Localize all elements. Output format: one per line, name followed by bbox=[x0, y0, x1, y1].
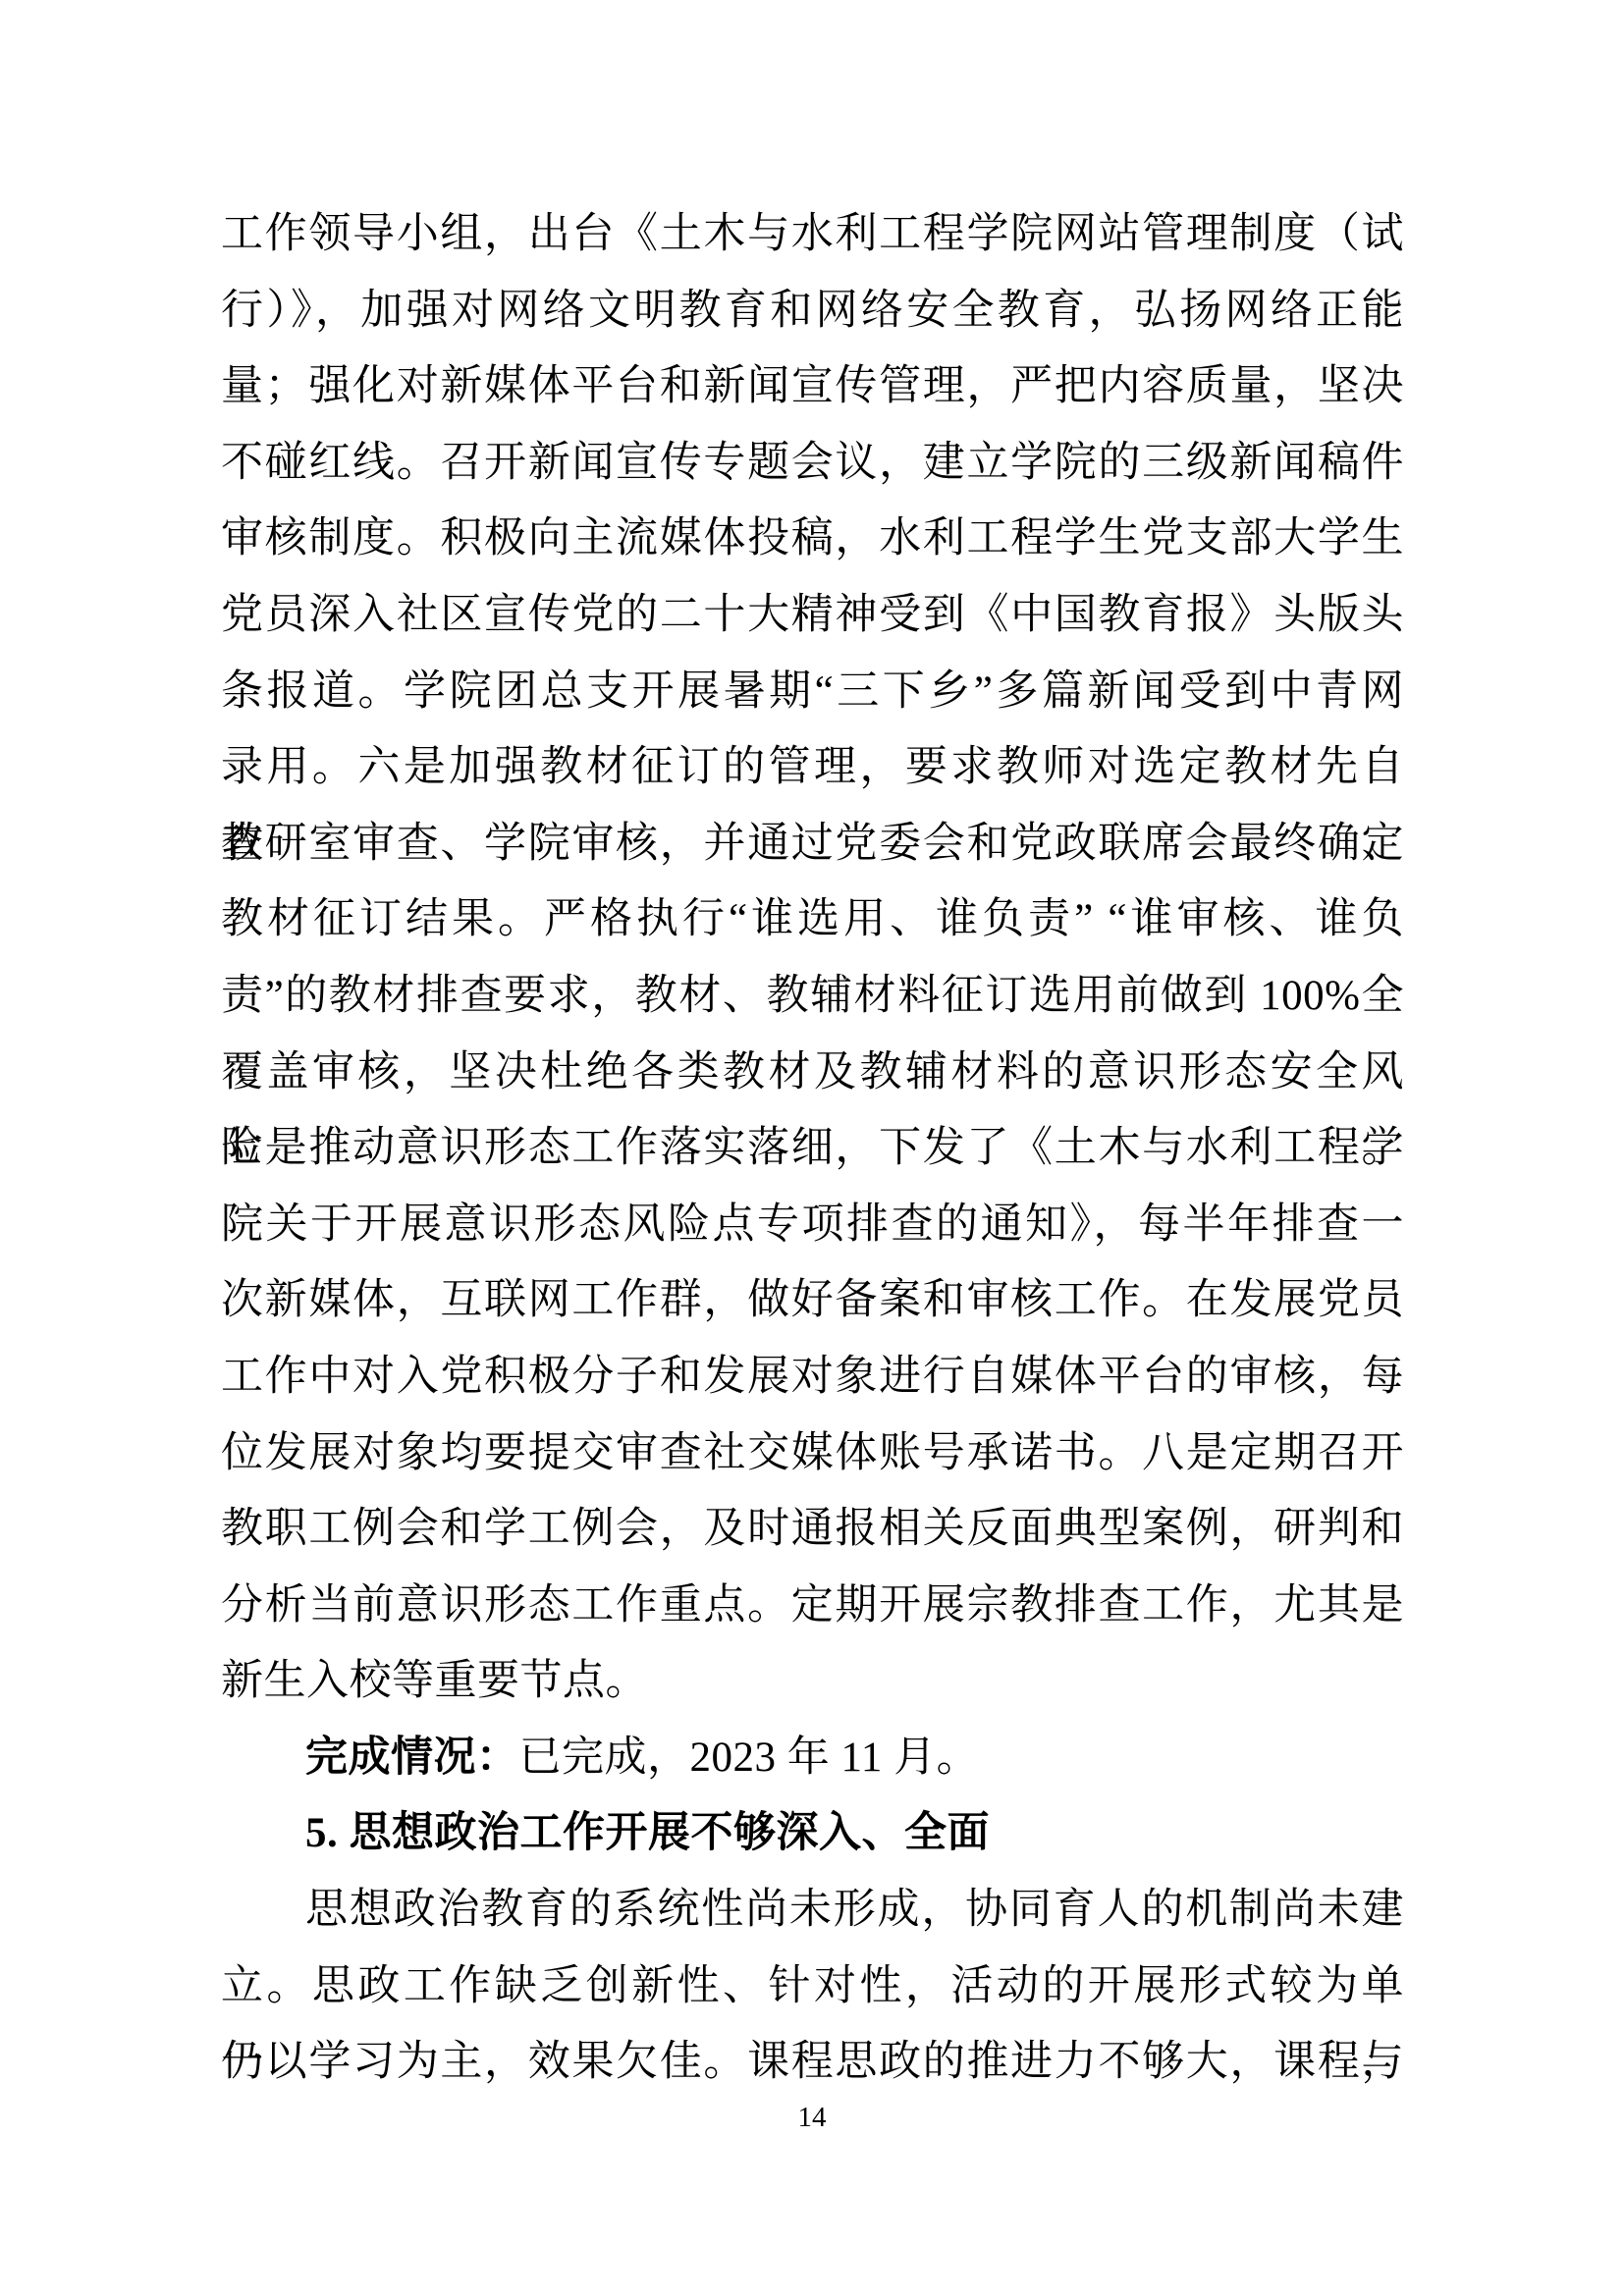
body-line: 次新媒体，互联网工作群，做好备案和审核工作。在发展党员 bbox=[221, 1262, 1404, 1339]
body-line: 录用。六是加强教材征订的管理，要求教师对选定教材先自查、 bbox=[221, 729, 1404, 806]
body-line: 行）》，加强对网络文明教育和网络安全教育，弘扬网络正能 bbox=[221, 273, 1404, 349]
body-line: 教研室审查、学院审核，并通过党委会和党政联席会最终确定 bbox=[221, 806, 1404, 882]
body-line: 七是推动意识形态工作落实落细，下发了《土木与水利工程学 bbox=[221, 1110, 1404, 1187]
body-line: 工作中对入党积极分子和发展对象进行自媒体平台的审核，每 bbox=[221, 1339, 1404, 1415]
body-line: 教职工例会和学工例会，及时通报相关反面典型案例，研判和 bbox=[221, 1491, 1404, 1568]
body-line: 仍以学习为主，效果欠佳。课程思政的推进力不够大，课程与 bbox=[221, 2024, 1404, 2101]
body-line: 分析当前意识形态工作重点。定期开展宗教排查工作，尤其是 bbox=[221, 1568, 1404, 1644]
body-line: 量；强化对新媒体平台和新闻宣传管理，严把内容质量，坚决 bbox=[221, 348, 1404, 425]
body-line: 思想政治教育的系统性尚未形成，协同育人的机制尚未建 bbox=[221, 1872, 1404, 1949]
body-line: 覆盖审核，坚决杜绝各类教材及教辅材料的意识形态安全风险。 bbox=[221, 1035, 1404, 1111]
body-line: 审核制度。积极向主流媒体投稿，水利工程学生党支部大学生 bbox=[221, 501, 1404, 577]
document-page: 工作领导小组，出台《土木与水利工程学院网站管理制度（试 行）》，加强对网络文明教… bbox=[0, 0, 1624, 2296]
body-line: 责”的教材排查要求，教材、教辅材料征订选用前做到 100%全 bbox=[221, 958, 1404, 1035]
body-line: 条报道。学院团总支开展暑期“三下乡”多篇新闻受到中青网 bbox=[221, 654, 1404, 730]
document-body: 工作领导小组，出台《土木与水利工程学院网站管理制度（试 行）》，加强对网络文明教… bbox=[221, 196, 1404, 2101]
body-line: 工作领导小组，出台《土木与水利工程学院网站管理制度（试 bbox=[221, 196, 1404, 273]
section-heading: 5. 思想政治工作开展不够深入、全面 bbox=[221, 1795, 1404, 1872]
body-line: 院关于开展意识形态风险点专项排查的通知》，每半年排查一 bbox=[221, 1187, 1404, 1263]
body-line: 位发展对象均要提交审查社交媒体账号承诺书。八是定期召开 bbox=[221, 1415, 1404, 1492]
body-line: 不碰红线。召开新闻宣传专题会议，建立学院的三级新闻稿件 bbox=[221, 425, 1404, 502]
completion-status-label: 完成情况： bbox=[305, 1735, 519, 1781]
completion-status-text: 已完成，2023 年 11 月。 bbox=[519, 1735, 980, 1781]
body-line: 教材征订结果。严格执行“谁选用、谁负责” “谁审核、谁负 bbox=[221, 881, 1404, 958]
body-line: 新生入校等重要节点。 bbox=[221, 1643, 1404, 1720]
completion-status-line: 完成情况：已完成，2023 年 11 月。 bbox=[221, 1720, 1404, 1796]
page-number: 14 bbox=[0, 2101, 1624, 2134]
body-line: 立。思政工作缺乏创新性、针对性，活动的开展形式较为单一， bbox=[221, 1949, 1404, 2025]
body-line: 党员深入社区宣传党的二十大精神受到《中国教育报》头版头 bbox=[221, 577, 1404, 654]
